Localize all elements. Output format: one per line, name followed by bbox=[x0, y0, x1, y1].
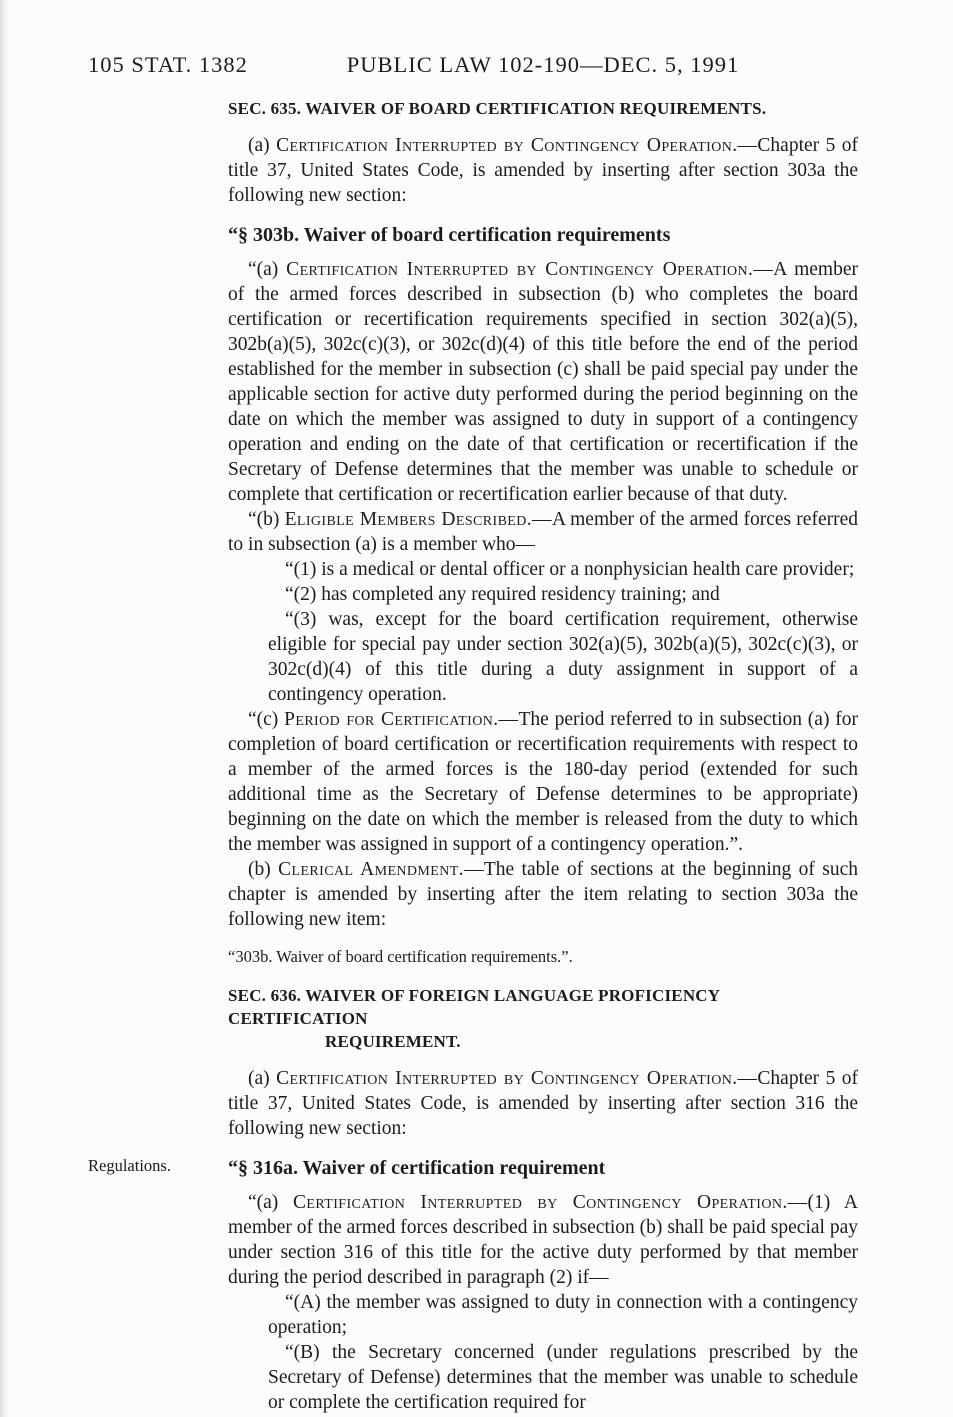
scan-edge-shading bbox=[0, 0, 10, 1417]
list-item-B: “(B) the Secretary concerned (under regu… bbox=[228, 1340, 858, 1415]
sec-636-heading-line-2: REQUIREMENT. bbox=[228, 1030, 858, 1053]
running-head-law-title: PUBLIC LAW 102-190—DEC. 5, 1991 bbox=[228, 52, 858, 78]
para-smallcaps-lead: Period for Certification.— bbox=[284, 709, 518, 730]
page-number-stat: 105 STAT. 1382 bbox=[88, 52, 248, 78]
list-item-1: “(1) is a medical or dental officer or a… bbox=[228, 557, 858, 582]
para-prefix: “(a) bbox=[248, 1192, 293, 1213]
list-item-A: “(A) the member was assigned to duty in … bbox=[228, 1290, 858, 1340]
list-item-3: “(3) was, except for the board certifica… bbox=[228, 607, 858, 707]
section-316a-heading: “§ 316a. Waiver of certification require… bbox=[228, 1156, 858, 1180]
sec-636-heading: SEC. 636. WAIVER OF FOREIGN LANGUAGE PRO… bbox=[228, 984, 858, 1053]
para-text: A member of the armed forces described i… bbox=[228, 259, 858, 505]
para-smallcaps-lead: Certification Interrupted by Contingency… bbox=[276, 135, 757, 156]
margin-note-regulations: Regulations. bbox=[88, 1156, 171, 1176]
para-smallcaps-lead: Clerical Amendment.— bbox=[278, 859, 484, 880]
list-item-2: “(2) has completed any required residenc… bbox=[228, 582, 858, 607]
para-smallcaps-lead: Certification Interrupted by Contingency… bbox=[293, 1192, 808, 1213]
para-smallcaps-lead: Certification Interrupted by Contingency… bbox=[286, 259, 773, 280]
para-smallcaps-lead: Certification Interrupted by Contingency… bbox=[276, 1068, 757, 1089]
sec-636-heading-line-1: SEC. 636. WAIVER OF FOREIGN LANGUAGE PRO… bbox=[228, 986, 720, 1028]
sec-635-intro-paragraph: (a) Certification Interrupted by Conting… bbox=[228, 133, 858, 208]
para-prefix: “(c) bbox=[248, 709, 284, 730]
text-column: SEC. 635. WAIVER OF BOARD CERTIFICATION … bbox=[228, 97, 858, 1415]
section-316a-subsection-a: “(a) Certification Interrupted by Contin… bbox=[228, 1190, 858, 1290]
para-prefix: (b) bbox=[248, 859, 278, 880]
sec-635-clerical-amendment-paragraph: (b) Clerical Amendment.—The table of sec… bbox=[228, 857, 858, 932]
section-303b-heading: “§ 303b. Waiver of board certification r… bbox=[228, 223, 858, 247]
para-prefix: “(a) bbox=[248, 259, 286, 280]
para-smallcaps-lead: Eligible Members Described.— bbox=[285, 509, 552, 530]
para-text: The period referred to in subsection (a)… bbox=[228, 709, 858, 855]
para-prefix: (a) bbox=[248, 135, 276, 156]
section-303b-subsection-b: “(b) Eligible Members Described.—A membe… bbox=[228, 507, 858, 557]
para-prefix: “(b) bbox=[248, 509, 285, 530]
sec-636-intro-paragraph: (a) Certification Interrupted by Conting… bbox=[228, 1066, 858, 1141]
table-of-sections-new-item: “303b. Waiver of board certification req… bbox=[228, 947, 858, 967]
statute-page: 105 STAT. 1382 PUBLIC LAW 102-190—DEC. 5… bbox=[0, 0, 953, 1417]
section-303b-subsection-a: “(a) Certification Interrupted by Contin… bbox=[228, 257, 858, 507]
sec-635-heading: SEC. 635. WAIVER OF BOARD CERTIFICATION … bbox=[228, 97, 858, 120]
para-prefix: (a) bbox=[248, 1068, 276, 1089]
section-303b-subsection-c: “(c) Period for Certification.—The perio… bbox=[228, 707, 858, 857]
